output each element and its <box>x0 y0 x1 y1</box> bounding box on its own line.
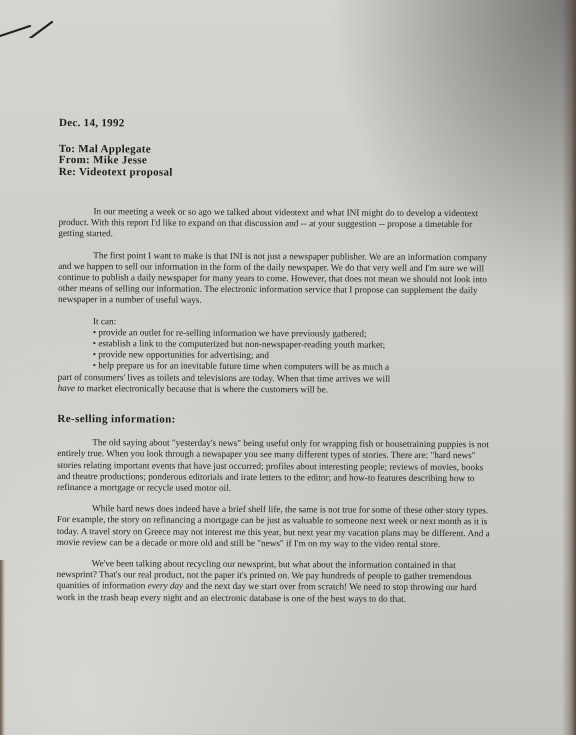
last-paragraph: We've been talking about recycling our n… <box>56 558 496 605</box>
emphasis-text: every day <box>148 581 184 591</box>
section-paragraph: While hard news does indeed have a brief… <box>57 503 497 550</box>
first-point-paragraph: The first point I want to make is that I… <box>58 250 498 308</box>
memo-subject: Re: Videotext proposal <box>59 166 499 180</box>
intro-paragraph: In our meeting a week or so ago we talke… <box>58 206 498 242</box>
page-edge-left <box>0 560 5 735</box>
memo-date: Dec. 14, 1992 <box>59 118 499 132</box>
list-item-continuation: part of consumers' lives as toilets and … <box>58 372 498 397</box>
benefits-list: It can: • provide an outlet for re-selli… <box>58 316 498 397</box>
memo-content: Dec. 14, 1992 To: Mal Applegate From: Mi… <box>56 118 499 615</box>
section-paragraph: The old saying about "yesterday's news" … <box>57 437 497 495</box>
section-heading: Re-selling information: <box>57 414 497 428</box>
pen-mark-icon <box>0 8 60 38</box>
memo-page: Dec. 14, 1992 To: Mal Applegate From: Mi… <box>0 0 576 735</box>
emphasis-text: have to <box>58 383 85 393</box>
page-edge-shadow <box>562 0 576 735</box>
